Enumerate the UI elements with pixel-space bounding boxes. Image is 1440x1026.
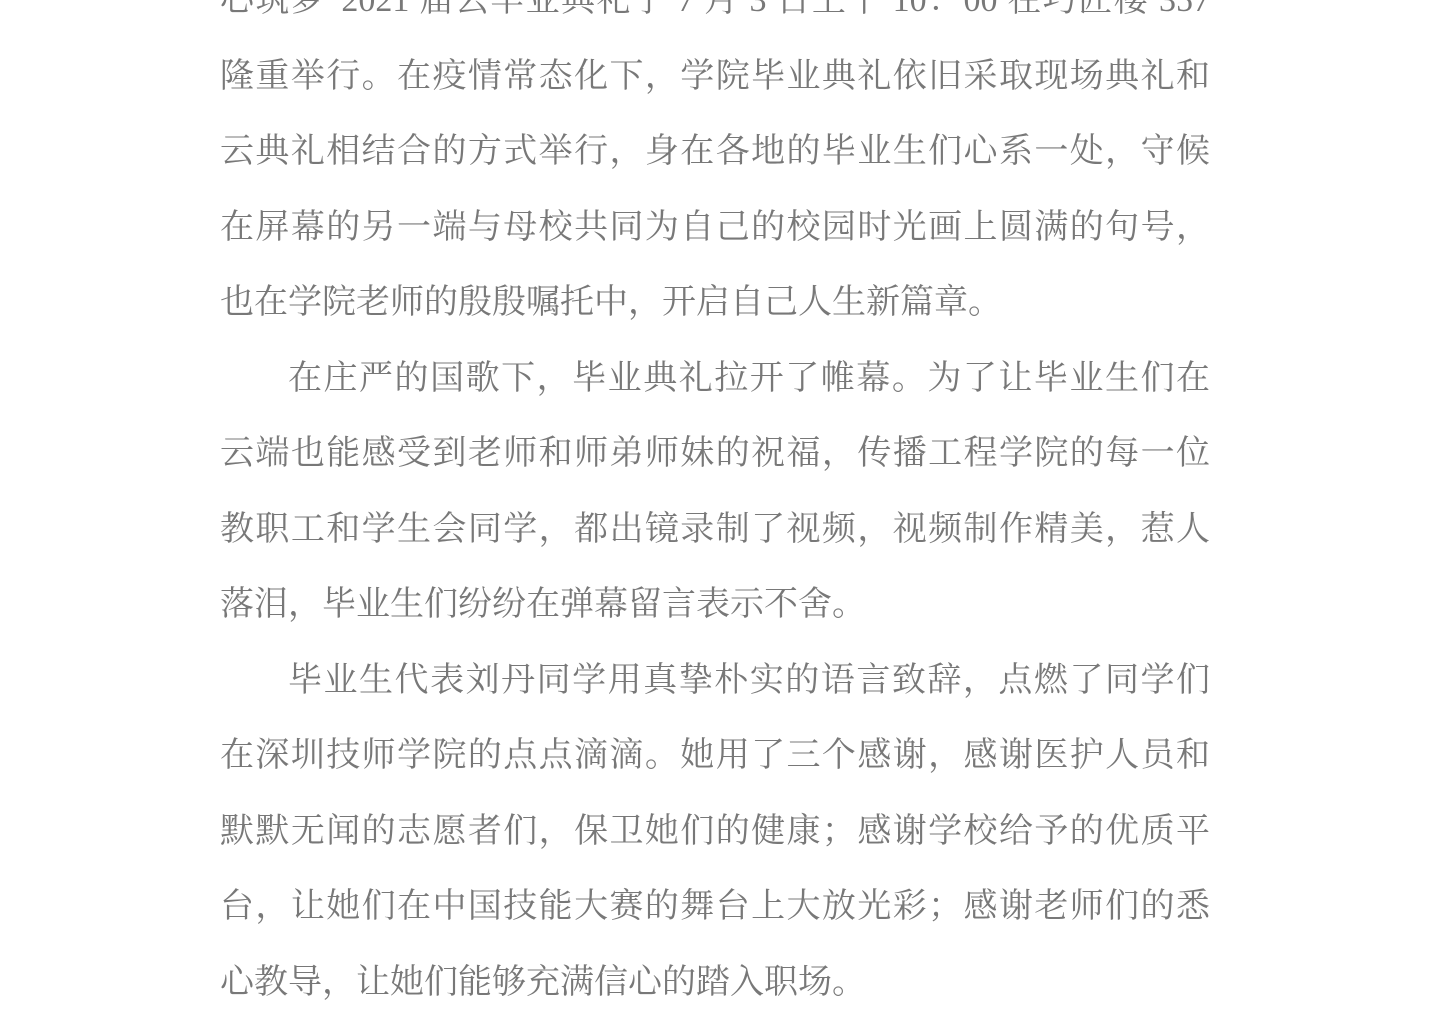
text-line: 心教导，让她们能够充满信心的踏入职场。 [220,945,1210,1021]
text-line: 落泪，毕业生们纷纷在弹幕留言表示不舍。 [220,567,1210,643]
text-line: 心筑梦”2021 届云毕业典礼于 7 月 3 日上午 10：00 在巧匠楼 35… [220,0,1210,39]
text-line: 在屏幕的另一端与母校共同为自己的校园时光画上圆满的句号， [220,190,1210,266]
text-line: 在深圳技师学院的点点滴滴。她用了三个感谢，感谢医护人员和 [220,718,1210,794]
text-line: 也在学院老师的殷殷嘱托中，开启自己人生新篇章。 [220,265,1210,341]
document-text-column: 心筑梦”2021 届云毕业典礼于 7 月 3 日上午 10：00 在巧匠楼 35… [220,0,1210,1020]
text-line: 教职工和学生会同学，都出镜录制了视频，视频制作精美，惹人 [220,492,1210,568]
text-line: 在庄严的国歌下，毕业典礼拉开了帷幕。为了让毕业生们在 [220,341,1210,417]
text-line: 隆重举行。在疫情常态化下，学院毕业典礼依旧采取现场典礼和 [220,39,1210,115]
text-line: 默默无闻的志愿者们，保卫她们的健康；感谢学校给予的优质平 [220,794,1210,870]
text-line: 云典礼相结合的方式举行，身在各地的毕业生们心系一处，守候 [220,114,1210,190]
text-line: 毕业生代表刘丹同学用真挚朴实的语言致辞，点燃了同学们 [220,643,1210,719]
text-line: 台，让她们在中国技能大赛的舞台上大放光彩；感谢老师们的悉 [220,869,1210,945]
text-line: 云端也能感受到老师和师弟师妹的祝福，传播工程学院的每一位 [220,416,1210,492]
